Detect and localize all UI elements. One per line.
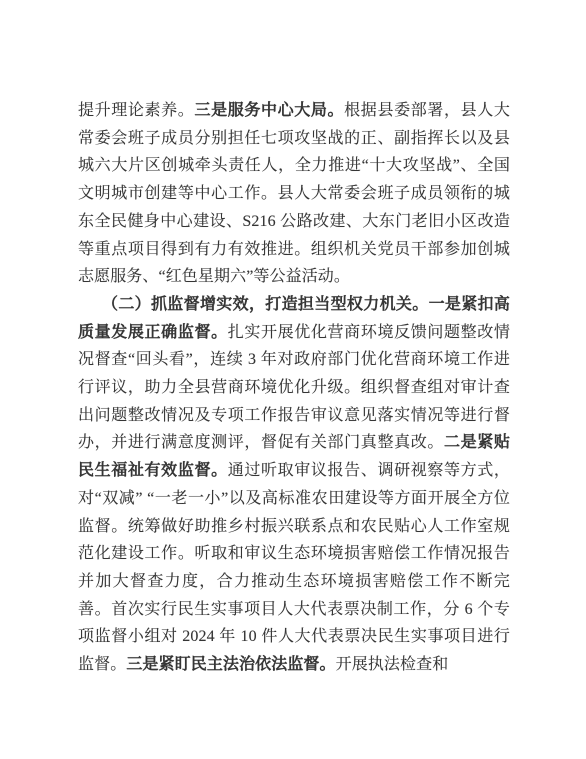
text-run: 开展执法检查和 (336, 656, 449, 673)
text-run: 通过听取审议报告、调研视察等方式，对“双减” “一老一小”以及高标准农田建设等方… (78, 462, 510, 673)
paragraph: 提升理论素养。三是服务中心大局。根据县委部署，县人大常委会班子成员分别担任七项攻… (78, 97, 510, 291)
bold-text-run: 三是服务中心大局。 (194, 102, 344, 119)
document-text: 提升理论素养。三是服务中心大局。根据县委部署，县人大常委会班子成员分别担任七项攻… (78, 97, 510, 679)
document-page: 提升理论素养。三是服务中心大局。根据县委部署，县人大常委会班子成员分别担任七项攻… (0, 0, 586, 759)
paragraph: （二）抓监督增实效，打造担当型权力机关。一是紧扣高质量发展正确监督。扎实开展优化… (78, 291, 510, 679)
bold-text-run: 三是紧盯民主法治依法监督。 (126, 656, 335, 673)
text-run: 提升理论素养。 (78, 102, 194, 119)
bold-text-run: （二）抓监督增实效，打造担当型权力机关。 (102, 296, 429, 313)
text-run: 根据县委部署，县人大常委会班子成员分别担任七项攻坚战的正、副指挥长以及县城六大片… (78, 102, 510, 285)
text-run: 扎实开展优化营商环境反馈问题整改情况督查“回头看”，连续 3 年对政府部门优化营… (78, 324, 510, 452)
